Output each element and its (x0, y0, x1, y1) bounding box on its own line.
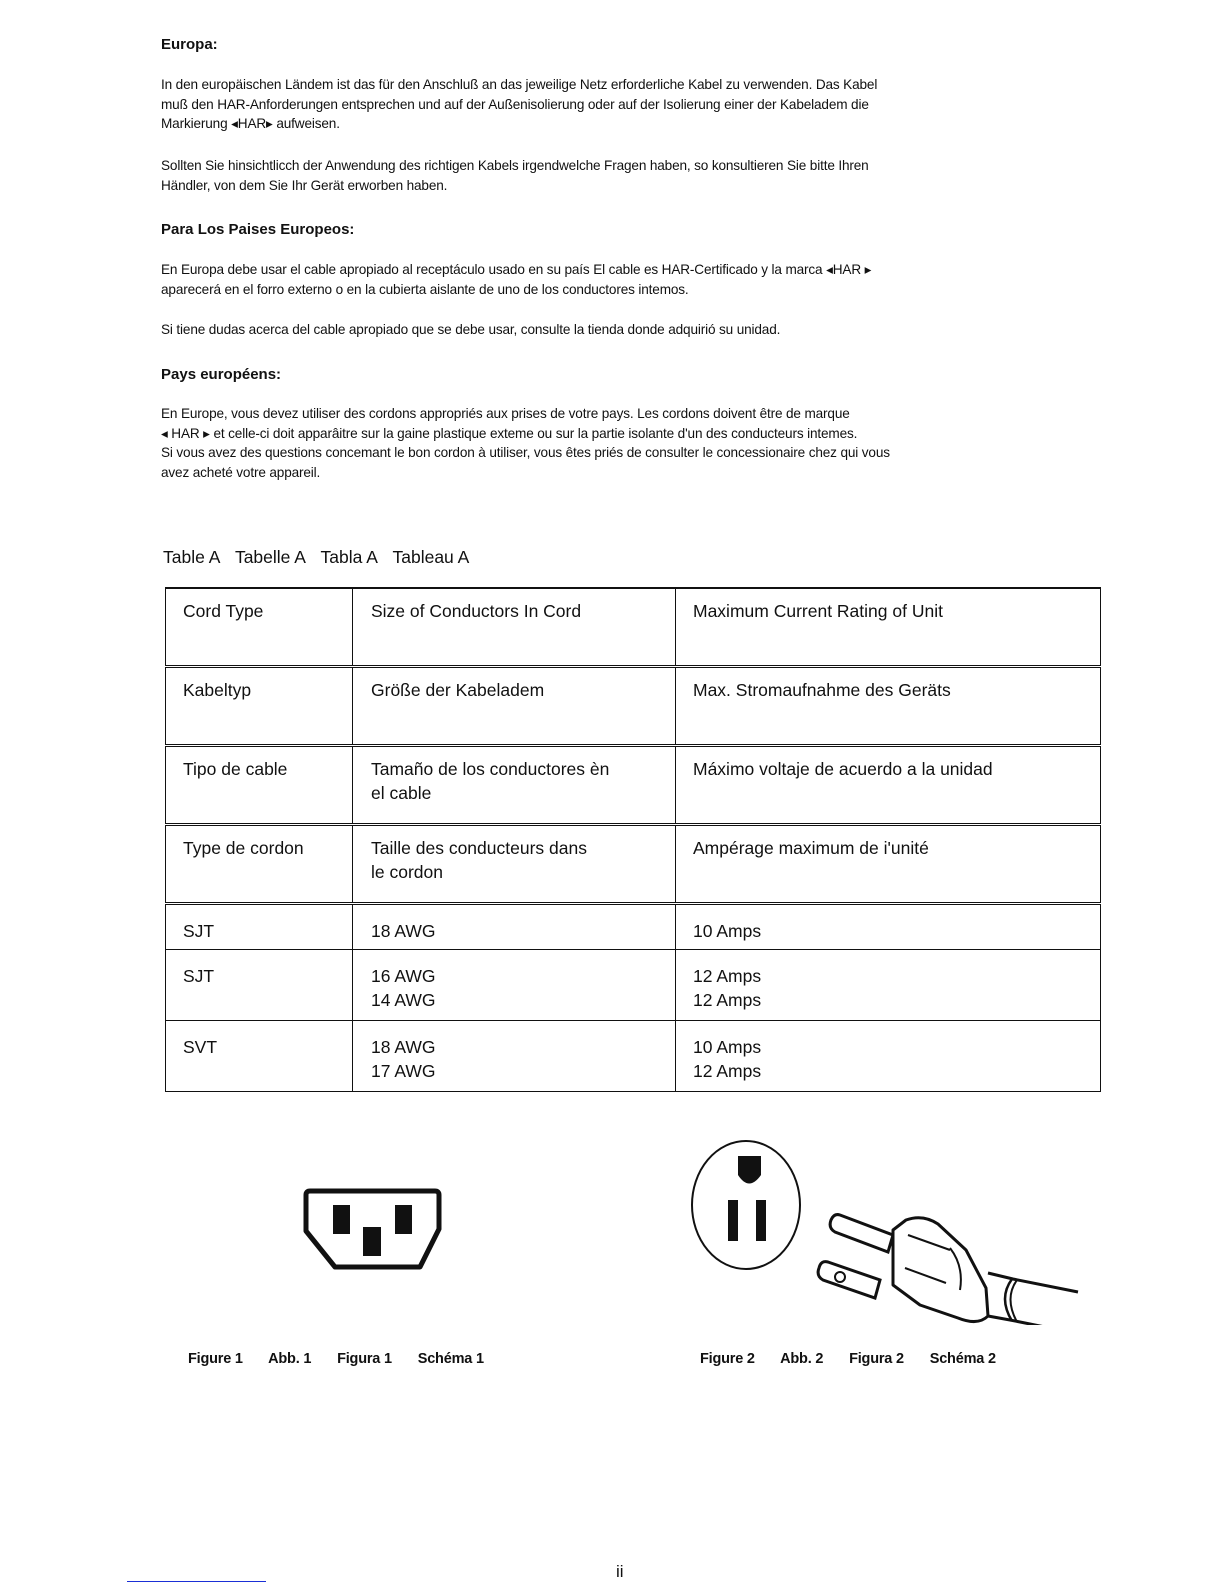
cell-text: Ampérage maximum de i'unité (693, 836, 1086, 860)
text-line: Sollten Sie hinsichtlicch der Anwendung … (161, 156, 1106, 176)
figure-2 (688, 1140, 1088, 1330)
cell-text: Taille des conducteurs dans (371, 836, 661, 860)
caption-fr: Tableau A (392, 547, 469, 567)
table-row: SVT18 AWG17 AWG10 Amps12 Amps (166, 1021, 1101, 1092)
text-line: In den europäischen Ländem ist das für d… (161, 75, 1106, 95)
figure-caption-es: Figura 1 (337, 1351, 392, 1367)
conductor-size-cell: Taille des conducteurs dansle cordon (353, 825, 676, 904)
iec-c13-socket-icon (300, 1185, 445, 1275)
paragraph-espanol-1: En Europa debe usar el cable apropiado a… (161, 260, 1106, 299)
page-number: ii (616, 1562, 624, 1582)
cell-text: 18 AWG (371, 1035, 661, 1059)
section-heading-espanol: Para Los Paises Europeos: (161, 221, 354, 238)
paragraph-europa-1: In den europäischen Ländem ist das für d… (161, 75, 1106, 134)
cell-text: Maximum Current Rating of Unit (693, 599, 1086, 623)
table-caption: Table A Tabelle A Tabla A Tableau A (163, 547, 479, 568)
table-row: SJT16 AWG14 AWG12 Amps12 Amps (166, 950, 1101, 1021)
current-rating-cell: 10 Amps (676, 904, 1101, 950)
cell-text: SJT (183, 964, 338, 988)
cord-type-cell: Type de cordon (166, 825, 353, 904)
text-line: En Europe, vous devez utiliser des cordo… (161, 404, 1106, 424)
cell-text: el cable (371, 781, 661, 805)
figure-1 (300, 1185, 445, 1280)
cord-type-cell: SJT (166, 950, 353, 1021)
caption-es: Tabla A (321, 547, 378, 567)
figure-caption-es: Figura 2 (849, 1351, 904, 1367)
conductor-size-cell: Size of Conductors In Cord (353, 588, 676, 667)
nema-outlet-and-plug-icon (688, 1140, 1088, 1325)
figure-caption-en: Figure 1 (188, 1351, 243, 1367)
paragraph-francais-1: En Europe, vous devez utiliser des cordo… (161, 404, 1106, 482)
link-underline-divider (127, 1581, 266, 1582)
cell-text: 17 AWG (371, 1059, 661, 1083)
cell-text: SVT (183, 1035, 338, 1059)
cell-text: Max. Stromaufnahme des Geräts (693, 678, 1086, 702)
cell-text: Máximo voltaje de acuerdo a la unidad (693, 757, 1086, 781)
conductor-size-cell: Größe der Kabeladem (353, 667, 676, 746)
cord-rating-table: Cord TypeSize of Conductors In CordMaxim… (165, 587, 1101, 1092)
conductor-size-cell: Tamaño de los conductores ènel cable (353, 746, 676, 825)
paragraph-espanol-2: Si tiene dudas acerca del cable apropiad… (161, 320, 1106, 340)
cord-type-cell: Tipo de cable (166, 746, 353, 825)
current-rating-cell: Max. Stromaufnahme des Geräts (676, 667, 1101, 746)
cell-text: 10 Amps (693, 1035, 1086, 1059)
text-line: Si vous avez des questions concemant le … (161, 443, 1106, 463)
figure-caption-de: Abb. 2 (780, 1351, 823, 1367)
table-header-row: KabeltypGröße der KabelademMax. Stromauf… (166, 667, 1101, 746)
table-header-row: Cord TypeSize of Conductors In CordMaxim… (166, 588, 1101, 667)
cord-type-cell: Cord Type (166, 588, 353, 667)
table-row: SJT18 AWG10 Amps (166, 904, 1101, 950)
section-heading-francais: Pays européens: (161, 366, 281, 383)
current-rating-cell: Máximo voltaje de acuerdo a la unidad (676, 746, 1101, 825)
current-rating-cell: 10 Amps12 Amps (676, 1021, 1101, 1092)
cord-type-cell: SJT (166, 904, 353, 950)
figure-2-caption: Figure 2 Abb. 2 Figura 2 Schéma 2 (700, 1351, 1018, 1367)
cell-text: Tipo de cable (183, 757, 338, 781)
cord-type-cell: SVT (166, 1021, 353, 1092)
cell-text: 12 Amps (693, 988, 1086, 1012)
cell-text: 18 AWG (371, 919, 661, 943)
text-line: Markierung ◂HAR▸ aufweisen. (161, 114, 1106, 134)
cell-text: Cord Type (183, 599, 338, 623)
text-line: Si tiene dudas acerca del cable apropiad… (161, 320, 1106, 340)
cell-text: 12 Amps (693, 964, 1086, 988)
text-line: avez acheté votre appareil. (161, 463, 1106, 483)
text-line: aparecerá en el forro externo o en la cu… (161, 280, 1106, 300)
figure-caption-de: Abb. 1 (268, 1351, 311, 1367)
text-line: muß den HAR-Anforderungen entsprechen un… (161, 95, 1106, 115)
figure-caption-fr: Schéma 2 (930, 1351, 996, 1367)
cell-text: 16 AWG (371, 964, 661, 988)
current-rating-cell: Ampérage maximum de i'unité (676, 825, 1101, 904)
cell-text: 10 Amps (693, 919, 1086, 943)
current-rating-cell: 12 Amps12 Amps (676, 950, 1101, 1021)
cell-text: Größe der Kabeladem (371, 678, 661, 702)
table-header-row: Type de cordonTaille des conducteurs dan… (166, 825, 1101, 904)
cell-text: Size of Conductors In Cord (371, 599, 661, 623)
section-heading-europa: Europa: (161, 36, 218, 53)
text-line: Händler, von dem Sie Ihr Gerät erworben … (161, 176, 1106, 196)
cell-text: Type de cordon (183, 836, 338, 860)
conductor-size-cell: 18 AWG17 AWG (353, 1021, 676, 1092)
cell-text: 14 AWG (371, 988, 661, 1012)
conductor-size-cell: 18 AWG (353, 904, 676, 950)
caption-en: Table A (163, 547, 220, 567)
paragraph-europa-2: Sollten Sie hinsichtlicch der Anwendung … (161, 156, 1106, 195)
current-rating-cell: Maximum Current Rating of Unit (676, 588, 1101, 667)
cell-text: SJT (183, 919, 338, 943)
cord-type-cell: Kabeltyp (166, 667, 353, 746)
text-line: En Europa debe usar el cable apropiado a… (161, 260, 1106, 280)
figure-1-caption: Figure 1 Abb. 1 Figura 1 Schéma 1 (188, 1351, 506, 1367)
table-header-row: Tipo de cableTamaño de los conductores è… (166, 746, 1101, 825)
text-line: ◂ HAR ▸ et celle-ci doit apparâitre sur … (161, 424, 1106, 444)
caption-de: Tabelle A (235, 547, 306, 567)
cell-text: Kabeltyp (183, 678, 338, 702)
conductor-size-cell: 16 AWG14 AWG (353, 950, 676, 1021)
cell-text: le cordon (371, 860, 661, 884)
cell-text: 12 Amps (693, 1059, 1086, 1083)
figure-caption-en: Figure 2 (700, 1351, 755, 1367)
figure-caption-fr: Schéma 1 (418, 1351, 484, 1367)
cell-text: Tamaño de los conductores èn (371, 757, 661, 781)
